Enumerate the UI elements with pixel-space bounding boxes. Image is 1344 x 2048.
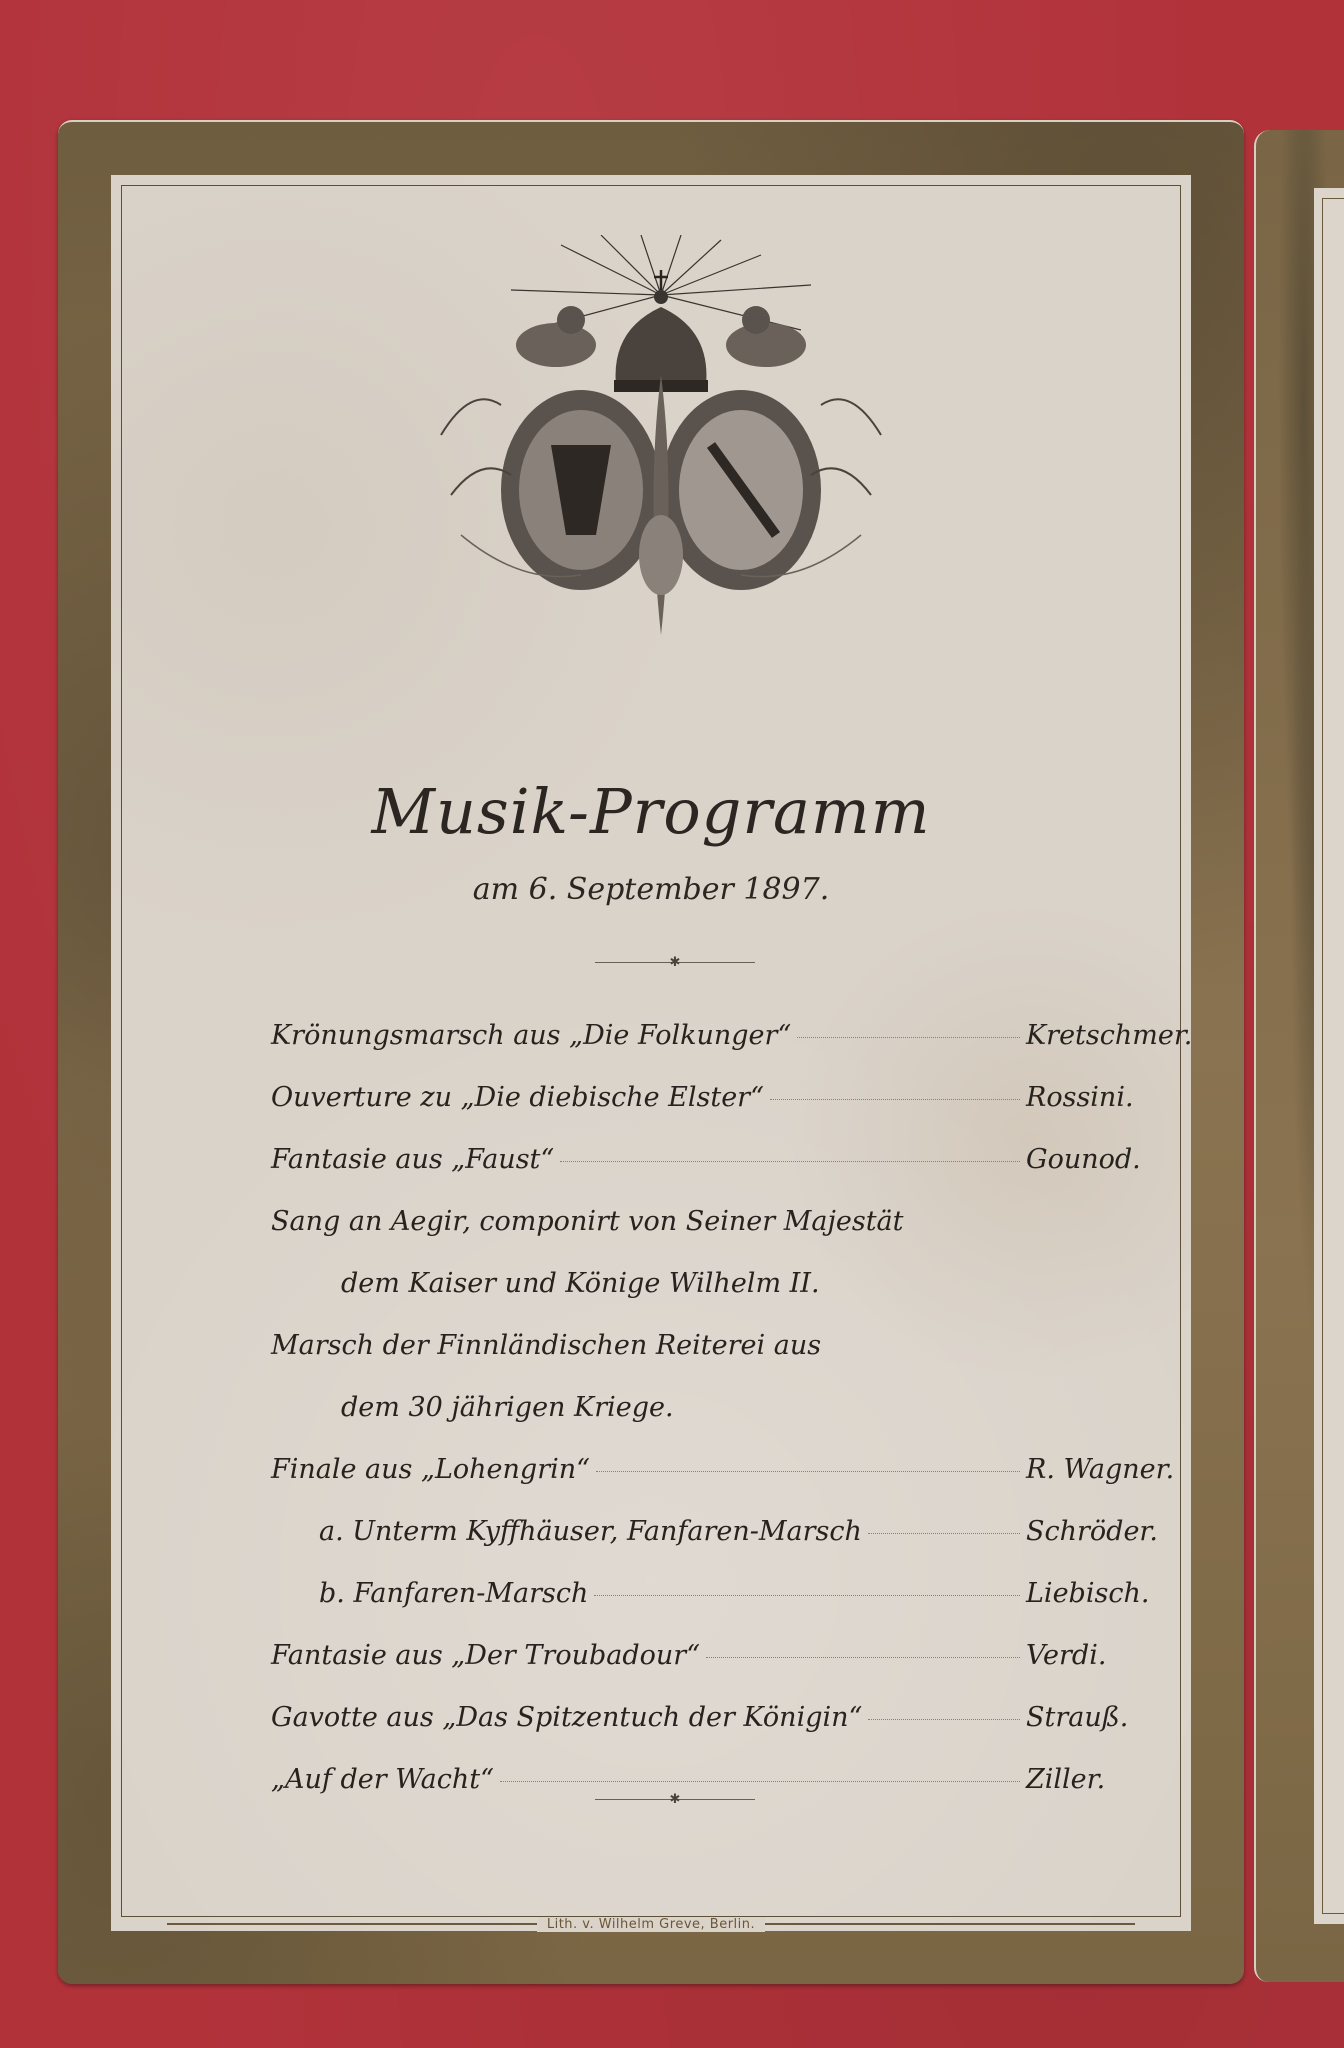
divider-ornament-icon: ✱ (667, 1791, 683, 1807)
program-item: Marsch der Finnländischen Reiterei aus (271, 1330, 1171, 1392)
divider-bottom: ✱ (595, 1795, 755, 1805)
program-item-continuation: dem Kaiser und Könige Wilhelm II. (271, 1268, 1171, 1330)
page-title: Musik-Programm (111, 775, 1191, 848)
program-item: Ouverture zu „Die diebische Elster“Rossi… (271, 1082, 1171, 1144)
program-item: Gavotte aus „Das Spitzentuch der Königin… (271, 1702, 1171, 1764)
program-card: Musik-Programm am 6. September 1897. ✱ K… (58, 120, 1244, 1984)
program-item: Sang an Aegir, componirt von Seiner Maje… (271, 1206, 1171, 1268)
program-item: Fantasie aus „Faust“Gounod. (271, 1144, 1171, 1206)
imprint-text: Lith. v. Wilhelm Greve, Berlin. (537, 1917, 765, 1932)
program-list: Krönungsmarsch aus „Die Folkunger“Kretsc… (271, 1020, 1171, 1826)
program-item: Krönungsmarsch aus „Die Folkunger“Kretsc… (271, 1020, 1171, 1082)
program-item: Finale aus „Lohengrin“R. Wagner. (271, 1454, 1171, 1516)
program-item-continuation: dem 30 jährigen Kriege. (271, 1392, 1171, 1454)
paper-sheet: Musik-Programm am 6. September 1897. ✱ K… (111, 175, 1191, 1931)
divider-top: ✱ (595, 958, 755, 968)
date-line: am 6. September 1897. (111, 872, 1191, 907)
program-subitem: b. Fanfaren-MarschLiebisch. (271, 1578, 1171, 1640)
printer-imprint: Lith. v. Wilhelm Greve, Berlin. (111, 1914, 1191, 1934)
divider-ornament-icon: ✱ (667, 954, 683, 970)
program-subitem: a. Unterm Kyffhäuser, Fanfaren-MarschSch… (271, 1516, 1171, 1578)
program-item: Fantasie aus „Der Troubadour“Verdi. (271, 1640, 1171, 1702)
crown-coat-of-arms-emblem-icon (381, 235, 941, 665)
adjacent-card-edge (1254, 130, 1344, 1982)
